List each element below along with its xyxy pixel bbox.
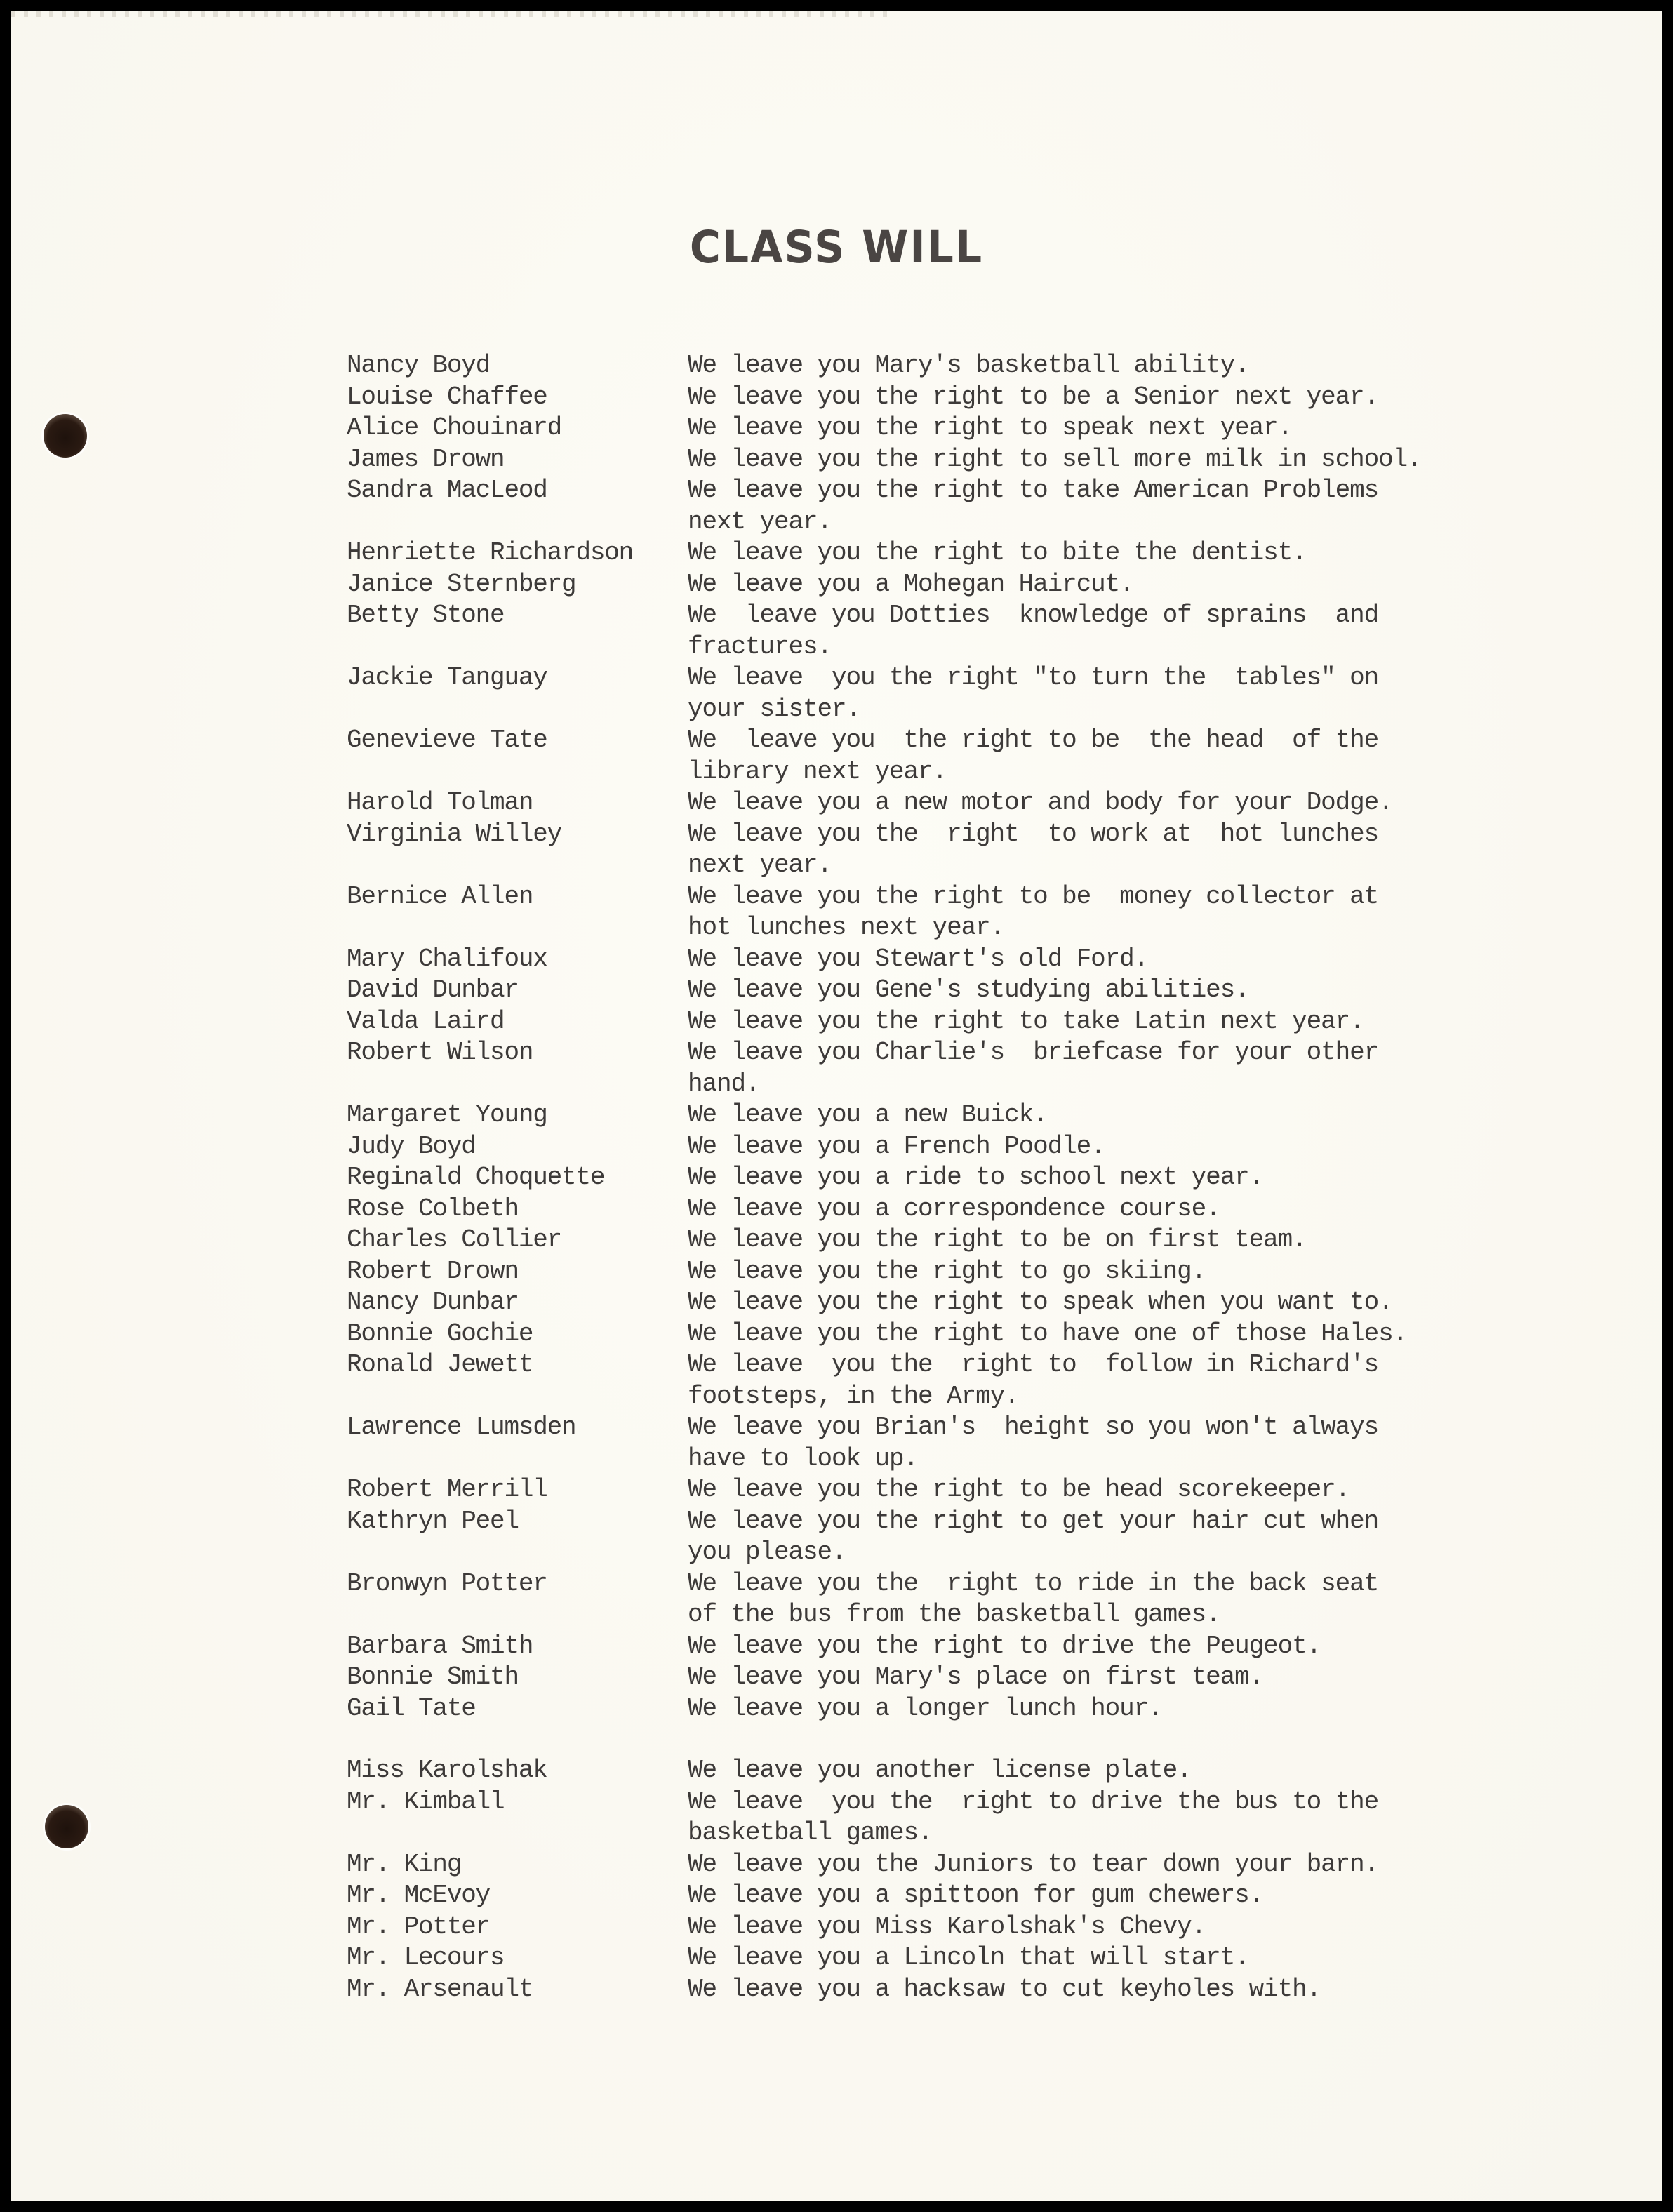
recipient-name: Betty Stone bbox=[347, 600, 688, 662]
bequest-line: We leave you a new motor and body for yo… bbox=[688, 787, 1432, 819]
recipient-name: Nancy Boyd bbox=[347, 350, 688, 382]
recipient-name: Reginald Choquette bbox=[347, 1162, 688, 1194]
bequest-text: We leave you a ride to school next year. bbox=[688, 1162, 1432, 1194]
recipient-name: Mr. King bbox=[347, 1849, 688, 1881]
bequest-line: library next year. bbox=[688, 757, 1432, 788]
recipient-name: Mr. Arsenault bbox=[347, 1974, 688, 2006]
bequest-text: We leave you the right to have one of th… bbox=[688, 1319, 1432, 1350]
will-entry: Alice ChouinardWe leave you the right to… bbox=[347, 413, 1469, 444]
recipient-name: Nancy Dunbar bbox=[347, 1287, 688, 1319]
recipient-name: Bernice Allen bbox=[347, 881, 688, 944]
bequest-line: We leave you Brian's height so you won't… bbox=[688, 1412, 1432, 1444]
recipient-name: Genevieve Tate bbox=[347, 725, 688, 787]
bequest-text: We leave you a new motor and body for yo… bbox=[688, 787, 1432, 819]
bequest-text: We leave you a spittoon for gum chewers. bbox=[688, 1880, 1432, 1912]
bequest-line: We leave you the right to get your hair … bbox=[688, 1506, 1432, 1538]
recipient-name: Virginia Willey bbox=[347, 819, 688, 881]
will-entry: Louise ChaffeeWe leave you the right to … bbox=[347, 382, 1469, 413]
bequest-line: We leave you the right to speak when you… bbox=[688, 1287, 1432, 1319]
will-entry: Mr. KimballWe leave you the right to dri… bbox=[347, 1787, 1469, 1849]
recipient-name: Rose Colbeth bbox=[347, 1194, 688, 1225]
will-entry: Bernice AllenWe leave you the right to b… bbox=[347, 881, 1469, 944]
bequest-line: hand. bbox=[688, 1069, 1432, 1100]
bequest-line: We leave you a longer lunch hour. bbox=[688, 1693, 1432, 1725]
bequest-line: We leave you the right to go skiing. bbox=[688, 1256, 1432, 1288]
recipient-name: Bonnie Smith bbox=[347, 1662, 688, 1693]
bequest-text: We leave you the right to be head scorek… bbox=[688, 1474, 1432, 1506]
bequest-line: We leave you Miss Karolshak's Chevy. bbox=[688, 1912, 1432, 1943]
bequest-line: basketball games. bbox=[688, 1818, 1432, 1849]
bequest-text: We leave you the right to take Latin nex… bbox=[688, 1006, 1432, 1038]
will-entry: Barbara SmithWe leave you the right to d… bbox=[347, 1631, 1469, 1663]
bequest-line: We leave you the right to be head scorek… bbox=[688, 1474, 1432, 1506]
bequest-text: We leave you a Mohegan Haircut. bbox=[688, 569, 1432, 601]
page-title: CLASS WILL bbox=[11, 222, 1662, 274]
bequest-line: We leave you a new Buick. bbox=[688, 1100, 1432, 1131]
bequest-text: We leave you the right "to turn the tabl… bbox=[688, 662, 1432, 725]
bequest-text: We leave you another license plate. bbox=[688, 1755, 1432, 1787]
recipient-name: Judy Boyd bbox=[347, 1131, 688, 1163]
recipient-name: Robert Wilson bbox=[347, 1037, 688, 1100]
will-entry: Mr. ArsenaultWe leave you a hacksaw to c… bbox=[347, 1974, 1469, 2006]
will-entry: Jackie TanguayWe leave you the right "to… bbox=[347, 662, 1469, 725]
will-entry: Mr. McEvoyWe leave you a spittoon for gu… bbox=[347, 1880, 1469, 1912]
recipient-name: Miss Karolshak bbox=[347, 1755, 688, 1787]
will-entry: Nancy DunbarWe leave you the right to sp… bbox=[347, 1287, 1469, 1319]
bequest-line: We leave you the right to be money colle… bbox=[688, 881, 1432, 913]
recipient-name: Louise Chaffee bbox=[347, 382, 688, 413]
recipient-name: Kathryn Peel bbox=[347, 1506, 688, 1568]
bequest-text: We leave you the right to ride in the ba… bbox=[688, 1568, 1432, 1631]
bequest-line: We leave you the right to bite the denti… bbox=[688, 538, 1432, 569]
bequest-text: We leave you the right to speak next yea… bbox=[688, 413, 1432, 444]
bequest-text: We leave you Charlie's briefcase for you… bbox=[688, 1037, 1432, 1100]
bequest-line: you please. bbox=[688, 1537, 1432, 1568]
will-entry: Mr. PotterWe leave you Miss Karolshak's … bbox=[347, 1912, 1469, 1943]
bequest-line: We leave you the right to be the head of… bbox=[688, 725, 1432, 757]
will-entry: Sandra MacLeodWe leave you the right to … bbox=[347, 475, 1469, 538]
will-entry: Genevieve TateWe leave you the right to … bbox=[347, 725, 1469, 787]
bequest-text: We leave you Brian's height so you won't… bbox=[688, 1412, 1432, 1474]
bequest-line: We leave you Mary's basketball ability. bbox=[688, 350, 1432, 382]
bequest-line: We leave you the right to work at hot lu… bbox=[688, 819, 1432, 851]
bequest-line: We leave you the right to be a Senior ne… bbox=[688, 382, 1432, 413]
will-entry: Harold TolmanWe leave you a new motor an… bbox=[347, 787, 1469, 819]
will-entry: Charles CollierWe leave you the right to… bbox=[347, 1225, 1469, 1256]
bequest-text: We leave you the right to be money colle… bbox=[688, 881, 1432, 944]
bequest-text: We leave you the right to speak when you… bbox=[688, 1287, 1432, 1319]
bequest-line: We leave you the right to have one of th… bbox=[688, 1319, 1432, 1350]
will-entry: Gail TateWe leave you a longer lunch hou… bbox=[347, 1693, 1469, 1725]
bequest-line: We leave you a hacksaw to cut keyholes w… bbox=[688, 1974, 1432, 2006]
recipient-name: Alice Chouinard bbox=[347, 413, 688, 444]
bequest-text: We leave you a longer lunch hour. bbox=[688, 1693, 1432, 1725]
will-entry: Virginia WilleyWe leave you the right to… bbox=[347, 819, 1469, 881]
bequest-line: We leave you a French Poodle. bbox=[688, 1131, 1432, 1163]
will-entry: Miss KarolshakWe leave you another licen… bbox=[347, 1755, 1469, 1787]
recipient-name: Valda Laird bbox=[347, 1006, 688, 1038]
bequest-text: We leave you the right to be on first te… bbox=[688, 1225, 1432, 1256]
recipient-name: Margaret Young bbox=[347, 1100, 688, 1131]
bequest-text: We leave you Miss Karolshak's Chevy. bbox=[688, 1912, 1432, 1943]
recipient-name: Sandra MacLeod bbox=[347, 475, 688, 538]
bequest-line: We leave you the right to follow in Rich… bbox=[688, 1350, 1432, 1381]
bequest-text: We leave you the right to be the head of… bbox=[688, 725, 1432, 787]
bequest-line: We leave you the right to ride in the ba… bbox=[688, 1568, 1432, 1600]
recipient-name: Harold Tolman bbox=[347, 787, 688, 819]
recipient-name: Lawrence Lumsden bbox=[347, 1412, 688, 1474]
bequest-text: We leave you the right to bite the denti… bbox=[688, 538, 1432, 569]
bequest-line: We leave you the right to drive the bus … bbox=[688, 1787, 1432, 1818]
recipient-name: Bronwyn Potter bbox=[347, 1568, 688, 1631]
will-entry: Kathryn PeelWe leave you the right to ge… bbox=[347, 1506, 1469, 1568]
bequest-line: We leave you Stewart's old Ford. bbox=[688, 944, 1432, 975]
bequest-text: We leave you the Juniors to tear down yo… bbox=[688, 1849, 1432, 1881]
bequest-text: We leave you the right to drive the bus … bbox=[688, 1787, 1432, 1849]
bequest-line: We leave you the right to sell more milk… bbox=[688, 444, 1432, 476]
will-entry: Valda LairdWe leave you the right to tak… bbox=[347, 1006, 1469, 1038]
recipient-name: Bonnie Gochie bbox=[347, 1319, 688, 1350]
recipient-name: Mr. Lecours bbox=[347, 1943, 688, 1974]
will-entry: Margaret YoungWe leave you a new Buick. bbox=[347, 1100, 1469, 1131]
will-entry: Janice SternbergWe leave you a Mohegan H… bbox=[347, 569, 1469, 601]
bequest-line: We leave you a correspondence course. bbox=[688, 1194, 1432, 1225]
will-entry: Lawrence LumsdenWe leave you Brian's hei… bbox=[347, 1412, 1469, 1474]
will-entry: Ronald JewettWe leave you the right to f… bbox=[347, 1350, 1469, 1412]
bequest-line: We leave you another license plate. bbox=[688, 1755, 1432, 1787]
recipient-name: Mr. Kimball bbox=[347, 1787, 688, 1849]
bequest-text: We leave you the right to get your hair … bbox=[688, 1506, 1432, 1568]
bequest-text: We leave you a hacksaw to cut keyholes w… bbox=[688, 1974, 1432, 2006]
bequest-line: We leave you Mary's place on first team. bbox=[688, 1662, 1432, 1693]
will-entry: David DunbarWe leave you Gene's studying… bbox=[347, 975, 1469, 1006]
document-page: CLASS WILL Nancy BoydWe leave you Mary's… bbox=[11, 11, 1662, 2201]
bequest-line: We leave you the right to drive the Peug… bbox=[688, 1631, 1432, 1663]
recipient-name: James Drown bbox=[347, 444, 688, 476]
recipient-name: Mary Chalifoux bbox=[347, 944, 688, 975]
recipient-name: Jackie Tanguay bbox=[347, 662, 688, 725]
bequest-line: hot lunches next year. bbox=[688, 912, 1432, 944]
bequest-text: We leave you a Lincoln that will start. bbox=[688, 1943, 1432, 1974]
will-entry: Robert WilsonWe leave you Charlie's brie… bbox=[347, 1037, 1469, 1100]
bequest-line: We leave you the right to take American … bbox=[688, 475, 1432, 507]
bequest-line: of the bus from the basketball games. bbox=[688, 1599, 1432, 1631]
bequest-line: We leave you the right to be on first te… bbox=[688, 1225, 1432, 1256]
bequest-line: your sister. bbox=[688, 694, 1432, 726]
punch-hole-icon bbox=[44, 414, 87, 458]
will-entry: Bronwyn PotterWe leave you the right to … bbox=[347, 1568, 1469, 1631]
recipient-name: David Dunbar bbox=[347, 975, 688, 1006]
bequest-text: We leave you the right to take American … bbox=[688, 475, 1432, 538]
bequest-text: We leave you Mary's place on first team. bbox=[688, 1662, 1432, 1693]
will-entry: Bonnie SmithWe leave you Mary's place on… bbox=[347, 1662, 1469, 1693]
bequest-text: We leave you the right to drive the Peug… bbox=[688, 1631, 1432, 1663]
recipient-name: Robert Merrill bbox=[347, 1474, 688, 1506]
bequest-line: next year. bbox=[688, 507, 1432, 538]
bequest-text: We leave you Gene's studying abilities. bbox=[688, 975, 1432, 1006]
bequest-text: We leave you Dotties knowledge of sprain… bbox=[688, 600, 1432, 662]
recipient-name: Mr. McEvoy bbox=[347, 1880, 688, 1912]
will-entry: Reginald ChoquetteWe leave you a ride to… bbox=[347, 1162, 1469, 1194]
recipient-name: Robert Drown bbox=[347, 1256, 688, 1288]
bequest-line: next year. bbox=[688, 850, 1432, 881]
bequest-text: We leave you a new Buick. bbox=[688, 1100, 1432, 1131]
bequest-line: We leave you the Juniors to tear down yo… bbox=[688, 1849, 1432, 1881]
bequest-line: We leave you the right to speak next yea… bbox=[688, 413, 1432, 444]
will-entry: Mr. LecoursWe leave you a Lincoln that w… bbox=[347, 1943, 1469, 1974]
page-edge-smudge bbox=[11, 11, 888, 17]
bequest-text: We leave you Stewart's old Ford. bbox=[688, 944, 1432, 975]
will-entry: Rose ColbethWe leave you a correspondenc… bbox=[347, 1194, 1469, 1225]
bequest-text: We leave you the right to be a Senior ne… bbox=[688, 382, 1432, 413]
bequest-line: We leave you the right "to turn the tabl… bbox=[688, 662, 1432, 694]
will-entry: Robert MerrillWe leave you the right to … bbox=[347, 1474, 1469, 1506]
bequest-text: We leave you the right to work at hot lu… bbox=[688, 819, 1432, 881]
bequest-line: We leave you the right to take Latin nex… bbox=[688, 1006, 1432, 1038]
bequest-text: We leave you the right to follow in Rich… bbox=[688, 1350, 1432, 1412]
class-will-list: Nancy BoydWe leave you Mary's basketball… bbox=[347, 350, 1469, 2005]
bequest-line: We leave you Gene's studying abilities. bbox=[688, 975, 1432, 1006]
will-entry: Judy BoydWe leave you a French Poodle. bbox=[347, 1131, 1469, 1163]
bequest-line: We leave you a spittoon for gum chewers. bbox=[688, 1880, 1432, 1912]
will-entry: Mary ChalifouxWe leave you Stewart's old… bbox=[347, 944, 1469, 975]
bequest-text: We leave you a French Poodle. bbox=[688, 1131, 1432, 1163]
bequest-line: have to look up. bbox=[688, 1444, 1432, 1475]
bequest-text: We leave you the right to go skiing. bbox=[688, 1256, 1432, 1288]
recipient-name: Ronald Jewett bbox=[347, 1350, 688, 1412]
bequest-line: We leave you a Lincoln that will start. bbox=[688, 1943, 1432, 1974]
bequest-line: We leave you Dotties knowledge of sprain… bbox=[688, 600, 1432, 632]
will-entry: Betty StoneWe leave you Dotties knowledg… bbox=[347, 600, 1469, 662]
bequest-line: We leave you a ride to school next year. bbox=[688, 1162, 1432, 1194]
bequest-text: We leave you Mary's basketball ability. bbox=[688, 350, 1432, 382]
recipient-name: Barbara Smith bbox=[347, 1631, 688, 1663]
bequest-text: We leave you a correspondence course. bbox=[688, 1194, 1432, 1225]
bequest-line: footsteps, in the Army. bbox=[688, 1381, 1432, 1413]
bequest-text: We leave you the right to sell more milk… bbox=[688, 444, 1432, 476]
recipient-name: Gail Tate bbox=[347, 1693, 688, 1725]
recipient-name: Henriette Richardson bbox=[347, 538, 688, 569]
bequest-line: We leave you a Mohegan Haircut. bbox=[688, 569, 1432, 601]
recipient-name: Charles Collier bbox=[347, 1225, 688, 1256]
will-entry: Bonnie GochieWe leave you the right to h… bbox=[347, 1319, 1469, 1350]
will-entry: James DrownWe leave you the right to sel… bbox=[347, 444, 1469, 476]
will-entry: Henriette RichardsonWe leave you the rig… bbox=[347, 538, 1469, 569]
recipient-name: Janice Sternberg bbox=[347, 569, 688, 601]
bequest-line: We leave you Charlie's briefcase for you… bbox=[688, 1037, 1432, 1069]
bequest-line: fractures. bbox=[688, 632, 1432, 663]
punch-hole-icon bbox=[45, 1805, 88, 1848]
will-entry: Nancy BoydWe leave you Mary's basketball… bbox=[347, 350, 1469, 382]
will-entry: Mr. KingWe leave you the Juniors to tear… bbox=[347, 1849, 1469, 1881]
will-entry: Robert DrownWe leave you the right to go… bbox=[347, 1256, 1469, 1288]
recipient-name: Mr. Potter bbox=[347, 1912, 688, 1943]
